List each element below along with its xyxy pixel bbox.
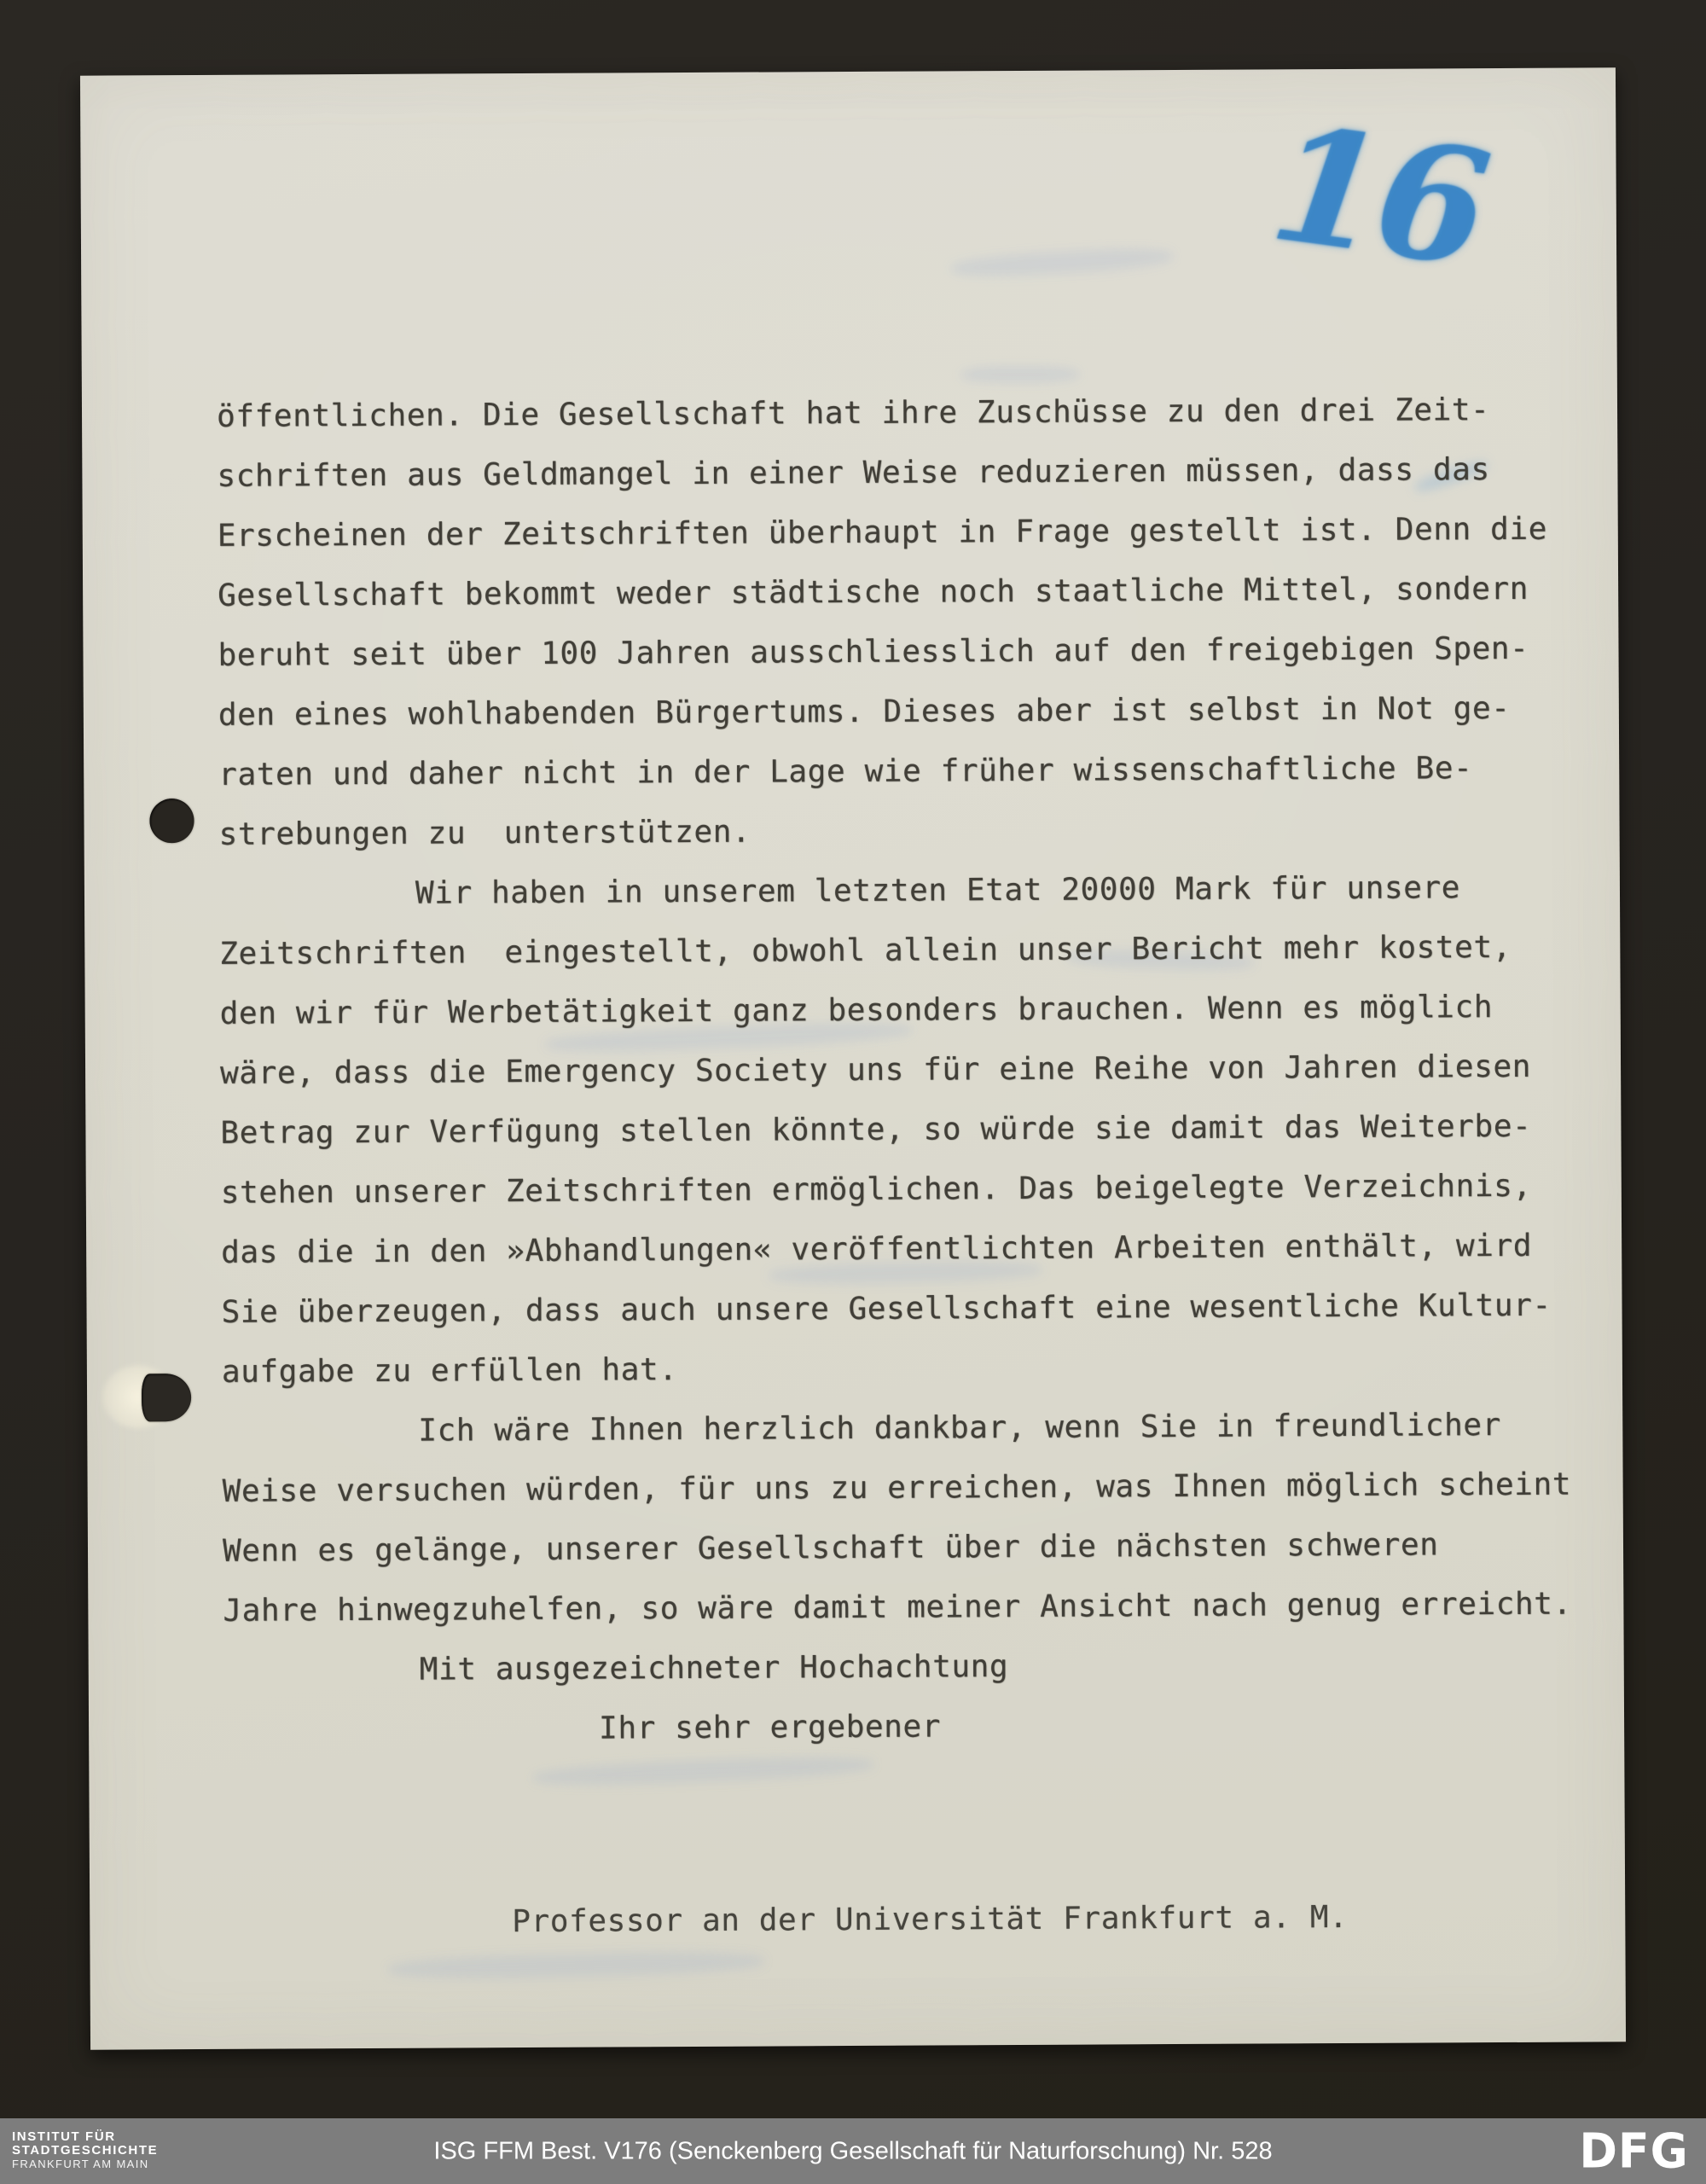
letter-line: den wir für Werbetätigkeit ganz besonder… xyxy=(220,978,1568,1044)
archive-reference-label: ISG FFM Best. V176 (Senckenberg Gesellsc… xyxy=(433,2137,1272,2165)
letter-line: aufgabe zu erfüllen hat. xyxy=(222,1336,1570,1403)
letter-body: öffentlichen. Die Gesellschaft hat ihre … xyxy=(217,380,1571,1761)
letter-line: den eines wohlhabenden Bürgertums. Diese… xyxy=(218,679,1566,746)
letter-line: stehen unserer Zeitschriften ermöglichen… xyxy=(221,1157,1569,1223)
archive-scan-page: { "page_marks": { "page_number": "16" },… xyxy=(0,0,1706,2184)
punch-hole xyxy=(149,799,194,843)
letter-line: Wir haben in unserem letzten Etat 20000 … xyxy=(415,858,1567,924)
handwritten-page-number: 16 xyxy=(1262,90,1494,302)
letter-line: schriften aus Geldmangel in einer Weise … xyxy=(217,440,1564,507)
letter-line: Wenn es gelänge, unserer Gesellschaft üb… xyxy=(223,1515,1570,1582)
letter-line: Erscheinen der Zeitschriften überhaupt i… xyxy=(218,500,1565,566)
letter-line: Jahre hinwegzuhelfen, so wäre damit mein… xyxy=(223,1575,1570,1641)
letter-page: 16 öffentlichen. Die Gesellschaft hat ih… xyxy=(80,67,1626,2049)
letter-line: das die in den »Abhandlungen« veröffentl… xyxy=(221,1217,1569,1283)
letter-line: Gesellschaft bekommt weder städtische no… xyxy=(218,560,1565,626)
isg-logo-line1: INSTITUT FÜR xyxy=(12,2130,158,2144)
isg-logo-line2: STADTGESCHICHTE xyxy=(12,2144,158,2158)
letter-line: raten und daher nicht in der Lage wie fr… xyxy=(218,739,1566,805)
letter-line: Betrag zur Verfügung stellen könnte, so … xyxy=(220,1097,1568,1164)
punch-hole xyxy=(142,1374,191,1421)
ink-bleed-smudge xyxy=(960,366,1080,384)
letter-line: öffentlichen. Die Gesellschaft hat ihre … xyxy=(217,380,1564,447)
letter-line: Mit ausgezeichneter Hochachtung xyxy=(420,1635,1571,1700)
letter-line: Ich wäre Ihnen herzlich dankbar, wenn Si… xyxy=(418,1396,1570,1461)
isg-logo-line3: FRANKFURT AM MAIN xyxy=(12,2158,158,2170)
letter-line: beruht seit über 100 Jahren ausschliessl… xyxy=(218,619,1565,686)
letter-line: Zeitschriften eingestellt, obwohl allein… xyxy=(219,918,1567,985)
archive-footer-bar: INSTITUT FÜR STADTGESCHICHTE FRANKFURT A… xyxy=(0,2118,1706,2184)
ink-bleed-smudge xyxy=(388,1949,764,1982)
isg-institute-logo: INSTITUT FÜR STADTGESCHICHTE FRANKFURT A… xyxy=(12,2130,158,2170)
dfg-logo: DFG xyxy=(1580,2123,1689,2179)
letter-line: Ihr sehr ergebener xyxy=(599,1694,1571,1759)
ink-bleed-smudge xyxy=(951,245,1174,280)
letter-line: wäre, dass die Emergency Society uns für… xyxy=(220,1037,1568,1104)
letter-line: strebungen zu unterstützen. xyxy=(218,799,1566,865)
signature-title-line: Professor an der Universität Frankfurt a… xyxy=(512,1888,1348,1952)
letter-line: Sie überzeugen, dass auch unsere Gesells… xyxy=(221,1276,1569,1343)
letter-line: Weise versuchen würden, für uns zu errei… xyxy=(222,1455,1570,1522)
